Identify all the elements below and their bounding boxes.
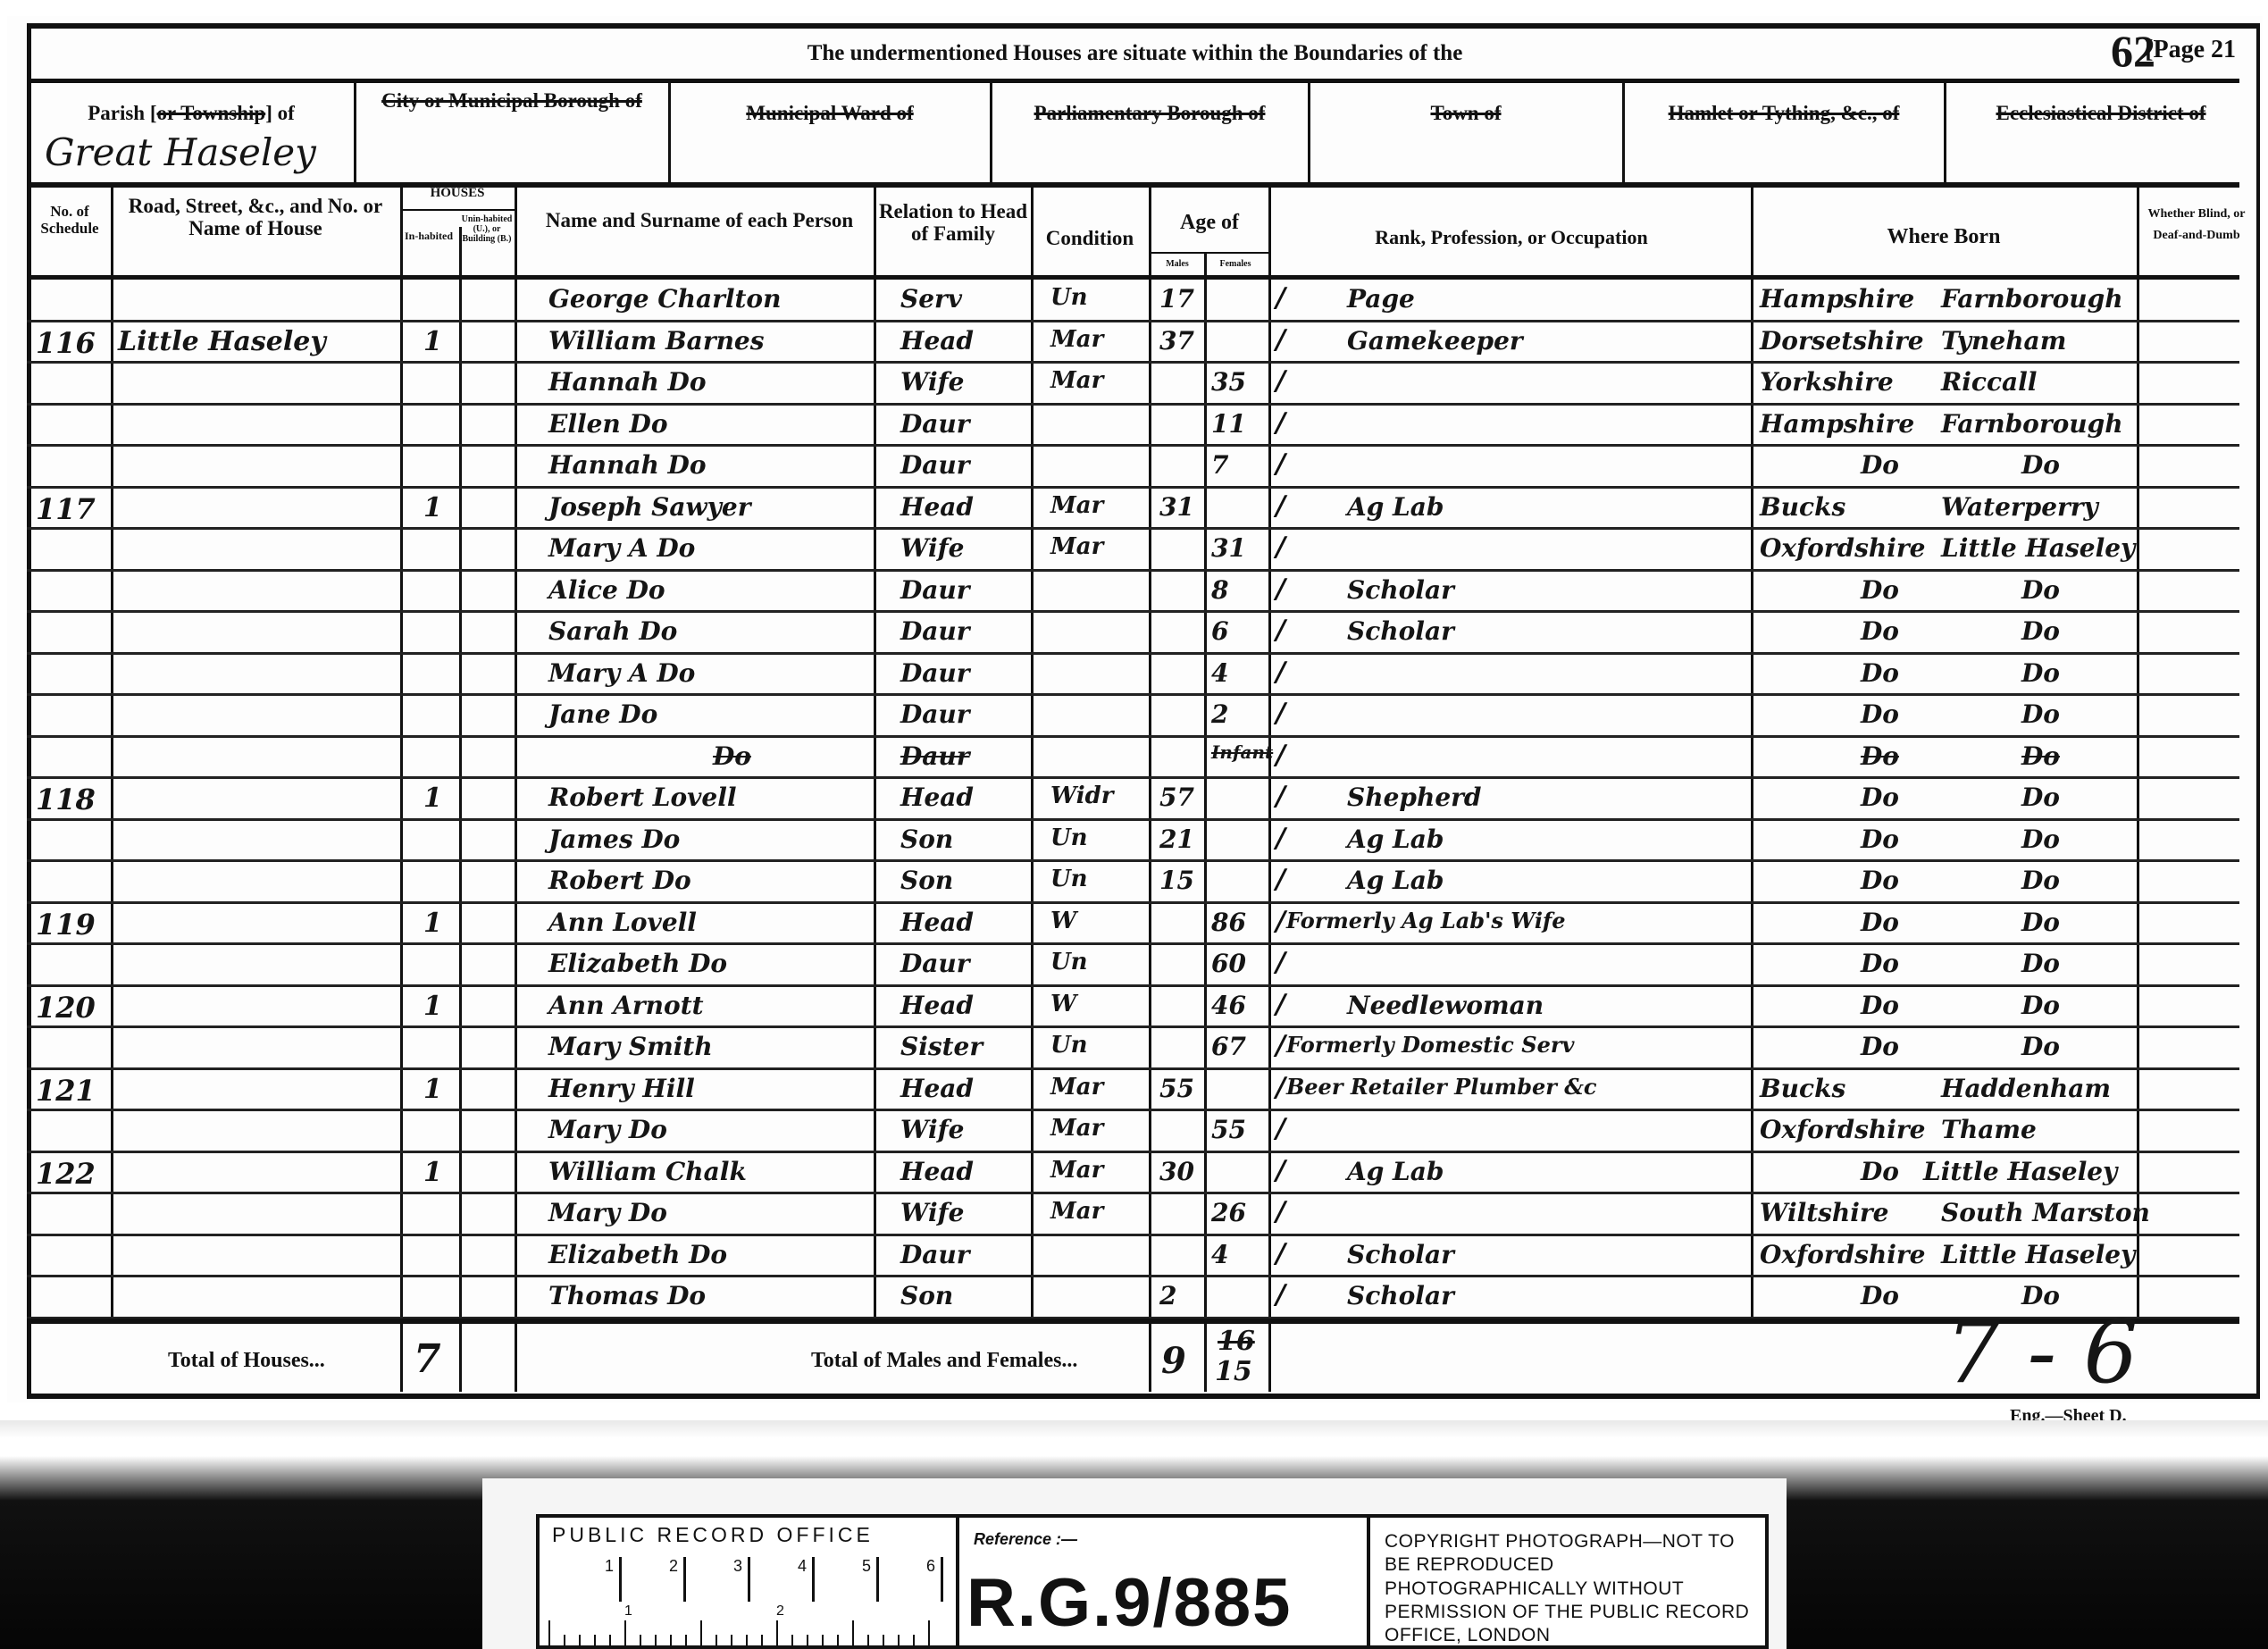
male-age: 37 [1159,326,1194,356]
occupation: Page [1347,284,1415,314]
female-age: 55 [1211,1115,1246,1144]
relation: Daur [900,949,970,978]
female-age: 67 [1211,1032,1246,1061]
born-county: Do [1861,1157,1899,1186]
copyright-notice: COPYRIGHT PHOTOGRAPH—NOT TO BE REPRODUCE… [1370,1518,1765,1649]
person-name: Joseph Sawyer [548,492,751,522]
born-place: Do [2021,783,2060,812]
born-county: Do [1861,699,1899,729]
enumerator-tick: / [1276,365,1285,397]
enumerator-tick: / [1276,1072,1285,1103]
ruler-mark: 5 [815,1557,879,1602]
census-sheet: The undermentioned Houses are situate wi… [7,16,2263,1402]
born-place: Haddenham [1941,1074,2111,1103]
enumerator-tick: / [1276,781,1285,812]
occupation: Scholar [1347,575,1454,605]
enumerator-tick: / [1276,989,1285,1020]
relation: Wife [900,533,964,563]
enumerator-tick: / [1276,740,1285,771]
born-place: Do [2021,450,2060,480]
person-name: William Barnes [548,326,765,356]
relation: Daur [900,658,970,688]
born-county: Do [1861,949,1899,978]
relation: Head [900,492,974,522]
female-age: 11 [1211,409,1246,439]
header-age: Age of [1149,211,1270,234]
enumerator-tick: / [1276,864,1285,895]
relation: Wife [900,1198,964,1227]
reference-label: Reference :— [974,1530,1077,1549]
born-county: Do [1861,991,1899,1020]
boundary-label: Municipal Ward of [670,102,990,125]
born-place: Do [2021,658,2060,688]
schedule-number: 117 [36,492,96,526]
condition: Mar [1050,1074,1103,1101]
record-office-label: PUBLIC RECORD OFFICE 123456 12 Reference… [482,1478,1787,1649]
person-name: Elizabeth Do [548,949,727,978]
born-county: Bucks [1760,1074,1845,1103]
header-where-born: Where Born [1754,225,2133,248]
female-age: 6 [1211,616,1228,646]
header-schedule: No. of Schedule [29,204,111,237]
person-name: Ann Lovell [548,908,697,937]
born-county: Hampshire [1760,409,1914,439]
condition: Mar [1050,1198,1103,1225]
condition: Un [1050,949,1088,975]
condition: Mar [1050,1157,1103,1184]
total-females-struck: 16 [1218,1326,1255,1357]
female-age: 35 [1211,367,1246,397]
born-place: Thame [1941,1115,2037,1144]
female-age: 4 [1211,658,1228,688]
condition: Un [1050,866,1088,892]
relation: Wife [900,1115,964,1144]
enumerator-tick: / [1276,1030,1285,1061]
male-age: 30 [1159,1157,1194,1186]
enumerator-tick: / [1276,823,1285,854]
occupation: Scholar [1347,1281,1454,1310]
reference-section: Reference :— R.G.9/885 [959,1518,1370,1649]
person-name: Alice Do [548,575,665,605]
header-condition: Condition [1031,227,1149,249]
born-place: Do [2021,908,2060,937]
relation: Wife [900,367,964,397]
person-name: William Chalk [548,1157,747,1186]
born-county: Oxfordshire [1760,533,1925,563]
relation: Head [900,1157,974,1186]
male-age: 31 [1159,492,1194,522]
condition: Mar [1050,367,1103,394]
ruler-mark: 2 [622,1557,686,1602]
ruler-mark: 3 [686,1557,750,1602]
born-place: Do [2021,616,2060,646]
relation: Daur [900,450,970,480]
enumerator-tick: / [1276,1238,1285,1269]
person-name: Hannah Do [548,367,707,397]
header-name: Name and Surname of each Person [525,209,874,231]
female-age: 86 [1211,908,1246,937]
occupation: Beer Retailer Plumber &c [1286,1074,1597,1100]
relation: Son [900,824,953,854]
born-place: Riccall [1941,367,2037,397]
relation: Daur [900,409,970,439]
born-county: Do [1861,575,1899,605]
reference-number: R.G.9/885 [967,1564,1292,1642]
relation: Sister [900,1032,983,1061]
occupation: Gamekeeper [1347,326,1523,356]
person-name: James Do [548,824,680,854]
enumerator-tick: / [1276,1113,1285,1144]
female-age: 7 [1211,450,1228,480]
born-county: Do [1861,824,1899,854]
total-persons-label: Total of Males and Females... [811,1349,1077,1373]
relation: Son [900,866,953,895]
enumerator-tick: / [1276,698,1285,729]
ruler-number: 1 [624,1603,632,1620]
condition: Widr [1050,783,1114,809]
person-name: Mary A Do [548,658,695,688]
condition: Mar [1050,1115,1103,1142]
enumerator-tick: / [1276,407,1285,439]
born-county: Wiltshire [1760,1198,1888,1227]
schedule-number: 118 [36,783,96,816]
born-place: Farnborough [1941,284,2123,314]
relation: Daur [900,699,970,729]
born-place: Do [2021,824,2060,854]
person-name: Do [713,741,751,771]
inhabited-count: 1 [423,492,442,523]
ruler-number: 2 [776,1603,784,1620]
sheet-title: The undermentioned Houses are situate wi… [7,41,2263,66]
enumerator-tick: / [1276,1279,1285,1310]
enumerator-tick: / [1276,657,1285,688]
female-age: Infant [1211,741,1273,763]
person-name: Mary A Do [548,533,695,563]
born-county: Do [1861,783,1899,812]
condition: Un [1050,1032,1088,1059]
occupation: Scholar [1347,1240,1454,1269]
inhabited-count: 1 [423,783,442,814]
male-age: 15 [1159,866,1194,895]
inhabited-count: 1 [423,1074,442,1105]
male-age: 21 [1159,824,1194,854]
occupation: Shepherd [1347,783,1481,812]
born-county: Bucks [1760,492,1845,522]
person-name: Ellen Do [548,409,668,439]
relation: Head [900,783,974,812]
record-office-box: PUBLIC RECORD OFFICE 123456 12 Reference… [536,1514,1769,1649]
ruler-mark: 6 [879,1557,943,1602]
born-county: Hampshire [1760,284,1914,314]
born-county: Yorkshire [1760,367,1894,397]
born-county: Do [1861,658,1899,688]
schedule-number: 122 [36,1157,96,1191]
boundary-label: Town of [1310,102,1622,125]
relation: Daur [900,1240,970,1269]
person-name: Mary Do [548,1198,667,1227]
born-county: Do [1861,1281,1899,1310]
relation: Daur [900,741,970,771]
relation: Head [900,908,974,937]
born-place: Little Haseley [1923,1157,2117,1186]
occupation: Scholar [1347,616,1454,646]
condition: W [1050,991,1076,1017]
enumerator-tick: / [1276,490,1285,522]
relation: Head [900,1074,974,1103]
person-name: Mary Do [548,1115,667,1144]
female-age: 8 [1211,575,1228,605]
person-name: Jane Do [548,699,657,729]
born-place: Do [2021,866,2060,895]
inhabited-count: 1 [423,991,442,1022]
male-age: 17 [1159,284,1194,314]
occupation: Ag Lab [1347,492,1444,522]
condition: Mar [1050,533,1103,560]
schedule-number: 120 [36,991,96,1025]
born-county: Do [1861,616,1899,646]
header-relation: Relation to Head of Family [875,200,1031,246]
person-name: Robert Lovell [548,783,737,812]
boundary-label: City or Municipal Borough of [356,89,668,113]
born-county: Do [1861,450,1899,480]
condition: Mar [1050,492,1103,519]
person-name: Robert Do [548,866,691,895]
person-name: Henry Hill [548,1074,695,1103]
relation: Daur [900,616,970,646]
born-place: Do [2021,699,2060,729]
enumerator-tick: / [1276,573,1285,605]
born-place: Farnborough [1941,409,2123,439]
total-females-value: 15 [1215,1356,1252,1387]
condition: Mar [1050,326,1103,353]
female-age: 4 [1211,1240,1228,1269]
born-county: Oxfordshire [1760,1240,1925,1269]
relation: Head [900,326,974,356]
office-name: PUBLIC RECORD OFFICE [552,1523,874,1547]
female-age: 2 [1211,699,1228,729]
condition: Un [1050,824,1088,851]
header-houses: HOUSES [400,186,515,201]
person-name: George Charlton [548,284,781,314]
born-place: Do [2021,949,2060,978]
boundary-label: Parish [or Township] of [29,102,354,125]
person-name: Thomas Do [548,1281,706,1310]
total-houses-label: Total of Houses... [168,1349,325,1373]
relation: Head [900,991,974,1020]
header-females: Females [1206,259,1265,269]
female-age: 26 [1211,1198,1246,1227]
margin-tally: 7 - 6 [1946,1302,2138,1402]
person-name: Mary Smith [548,1032,713,1061]
person-name: Hannah Do [548,450,707,480]
inhabited-count: 1 [423,326,442,357]
occupation: Ag Lab [1347,1157,1444,1186]
ruler-mark: 4 [750,1557,815,1602]
boundary-label: Parliamentary Borough of [992,102,1308,125]
male-age: 55 [1159,1074,1194,1103]
road-name: Little Haseley [118,326,326,357]
occupation: Ag Lab [1347,824,1444,854]
inhabited-count: 1 [423,908,442,939]
header-males: Males [1151,259,1204,269]
female-age: 60 [1211,949,1246,978]
enumerator-tick: / [1276,947,1285,978]
schedule-number: 121 [36,1074,96,1108]
person-name: Ann Arnott [548,991,704,1020]
inhabited-count: 1 [423,1157,442,1188]
born-place: Waterperry [1941,492,2098,522]
born-place: Do [2021,1032,2060,1061]
occupation: Formerly Domestic Serv [1286,1032,1574,1058]
relation: Daur [900,575,970,605]
occupation: Formerly Ag Lab's Wife [1286,908,1566,933]
enumerator-tick: / [1276,448,1285,480]
male-age: 2 [1159,1281,1176,1310]
born-place: Little Haseley [1941,1240,2135,1269]
enumerator-tick: / [1276,1196,1285,1227]
born-place: Tyneham [1941,326,2066,356]
condition: Un [1050,284,1088,311]
enumerator-tick: / [1276,906,1285,937]
schedule-number: 119 [36,908,96,942]
born-place: Do [2021,741,2060,771]
born-county: Do [1861,908,1899,937]
header-blind: Whether Blind, or Deaf-and-Dumb [2138,204,2255,247]
enumerator-tick: / [1276,324,1285,356]
total-males-value: 9 [1161,1340,1186,1382]
born-county: Oxfordshire [1760,1115,1925,1144]
born-county: Dorsetshire [1760,326,1924,356]
male-age: 57 [1159,783,1194,812]
relation: Son [900,1281,953,1310]
header-occupation: Rank, Profession, or Occupation [1274,227,1749,248]
header-road: Road, Street, &c., and No. or Name of Ho… [113,195,398,240]
page-number: [Page 21 [2145,36,2236,64]
born-county: Do [1861,741,1899,771]
header-uninhabited: Unin-habited (U.), or Building (B.) [459,214,515,244]
enumerator-tick: / [1276,615,1285,646]
total-houses-value: 7 [414,1336,441,1382]
person-name: Sarah Do [548,616,677,646]
born-place: Do [2021,991,2060,1020]
born-place: South Marston [1941,1198,2150,1227]
enumerator-tick: / [1276,1155,1285,1186]
occupation: Needlewoman [1347,991,1544,1020]
enumerator-tick: / [1276,532,1285,563]
female-age: 31 [1211,533,1246,563]
female-age: 46 [1211,991,1246,1020]
person-name: Elizabeth Do [548,1240,727,1269]
relation: Serv [900,284,962,314]
ruler: PUBLIC RECORD OFFICE 123456 12 [540,1518,959,1649]
ruler-mark: 1 [557,1557,622,1602]
boundary-label: Ecclesiastical District of [1946,102,2256,125]
boundary-label: Hamlet or Tything, &c., of [1624,102,1944,125]
born-place: Do [2021,575,2060,605]
born-county: Do [1861,1032,1899,1061]
occupation: Ag Lab [1347,866,1444,895]
born-place: Little Haseley [1941,533,2135,563]
schedule-number: 116 [36,326,96,360]
condition: W [1050,908,1076,934]
born-county: Do [1861,866,1899,895]
enumerator-tick: / [1276,282,1285,314]
boundary-value: Great Haseley [45,130,316,174]
header-inhabited: In-habited [402,230,456,242]
